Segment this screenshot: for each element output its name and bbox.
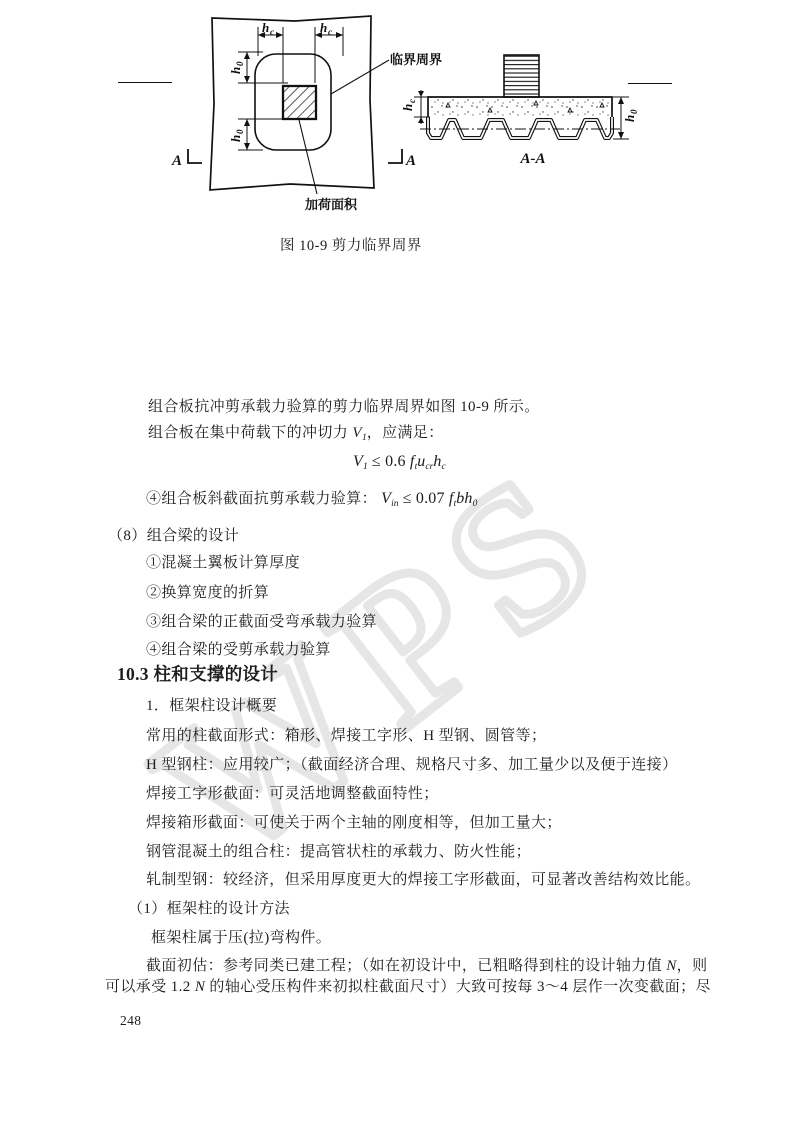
paragraph-rolled-steel: 轧制型钢：较经济，但采用厚度更大的焊接工字形截面，可显著改善结构效比能。 [146,871,700,890]
page-number: 248 [120,1011,141,1030]
paragraph-h-steel-column: H 型钢柱：应用较广；（截面经济合理、规格尺寸多、加工量少以及便于连接） [146,756,678,775]
document-page: WPS [0,0,793,1122]
formula-inclined-shear: Vin ≤ 0.07 ftbh0 [381,490,477,507]
paragraph-shear-check: ④组合梁的受剪承载力验算 [146,641,331,660]
leader-load-area [299,120,317,194]
var-v1: V [352,425,362,441]
paragraph-section-types: 常用的柱截面形式：箱形、焊接工字形、H 型钢、圆管等； [146,727,546,746]
svg-text:c: c [328,27,332,37]
paragraph-punching-force: 组合板在集中荷载下的冲切力 V1，应满足： [148,424,444,443]
paragraph-design-method: （1）框架柱的设计方法 [128,900,290,919]
dimension-h0-left [238,52,288,150]
svg-text:h: h [228,67,243,74]
paragraph-section-estimate-line1: 截面初估：参考同类已建工程；（如在初设计中，已粗略得到柱的设计轴力值 N，则 [146,957,707,976]
svg-text:h: h [622,115,637,122]
steel-deck [428,117,612,138]
svg-text:h: h [262,20,269,35]
section-name-label: A-A [519,151,545,167]
paragraph-cft-column: 钢管混凝土的组合柱：提高管状柱的承载力、防火性能； [146,843,531,862]
svg-text:0: 0 [235,129,245,134]
paragraph-punching-force-text: 组合板在集中荷载下的冲切力 [148,425,352,441]
paragraph-equivalent-width: ②换算宽度的折算 [146,584,269,603]
dim-label-hc-left: h c [262,20,274,37]
plan-view [188,16,402,194]
paragraph-punching-perimeter: 组合板抗冲剪承载力验算的剪力临界周界如图 10-9 所示。 [148,398,540,417]
section-mark-right [388,149,402,163]
dim-label-h0-section: h 0 [622,109,639,122]
var-n-2: N [195,979,205,995]
dim-label-h0-lower: h 0 [228,129,245,142]
column [504,55,539,97]
paragraph-flange-thickness: ①混凝土翼板计算厚度 [146,554,300,573]
section-mark-left [188,149,202,163]
leader-critical-perimeter [331,60,389,94]
concrete-topping [428,97,612,117]
paragraph-bending-check: ③组合梁的正截面受弯承载力验算 [146,613,377,632]
load-area-label: 加荷面积 [305,197,358,212]
dim-label-hc-right: h c [320,20,332,37]
var-n: N [666,958,676,974]
svg-text:0: 0 [235,61,245,66]
section-view [414,55,629,139]
dim-label-h0-upper: h 0 [228,61,245,74]
paragraph-welded-i-section: 焊接工字形截面：可灵活地调整截面特性； [146,785,439,804]
section-letter-left: A [171,153,182,169]
section-heading-10-3: 10.3 柱和支撑的设计 [117,665,278,684]
load-area-square [283,86,316,119]
svg-text:0: 0 [629,109,639,114]
svg-text:h: h [400,104,415,111]
svg-text:h: h [228,135,243,142]
svg-text:c: c [270,27,274,37]
paragraph-welded-box-section: 焊接箱形截面：可使关于两个主轴的刚度相等，但加工量大； [146,814,562,833]
dim-label-hc-section: h c [400,99,417,111]
formula-punching-shear: V1 ≤ 0.6 ftucrhc [353,452,446,471]
figure-caption: 图 10-9 剪力临界周界 [280,237,422,256]
section-letter-right: A [405,153,416,169]
svg-text:c: c [407,99,417,103]
paragraph-compression-bending: 框架柱属于压(拉)弯构件。 [151,929,331,948]
paragraph-composite-beam-design: （8）组合梁的设计 [108,527,239,546]
svg-text:h: h [320,20,327,35]
paragraph-section-estimate-line2: 可以承受 1.2 N 的轴心受压构件来初拟柱截面尺寸）大致可按每 3～4 层作一… [105,978,711,997]
figure-10-9: h c h c h 0 h 0 A A 临界周界 加荷面积 [100,8,700,226]
paragraph-frame-column-overview: 1．框架柱设计概要 [146,697,277,716]
critical-perimeter-label: 临界周界 [390,52,442,67]
paragraph-inclined-shear: ④组合板斜截面抗剪承载力验算： Vin ≤ 0.07 ftbh0 [146,489,477,509]
